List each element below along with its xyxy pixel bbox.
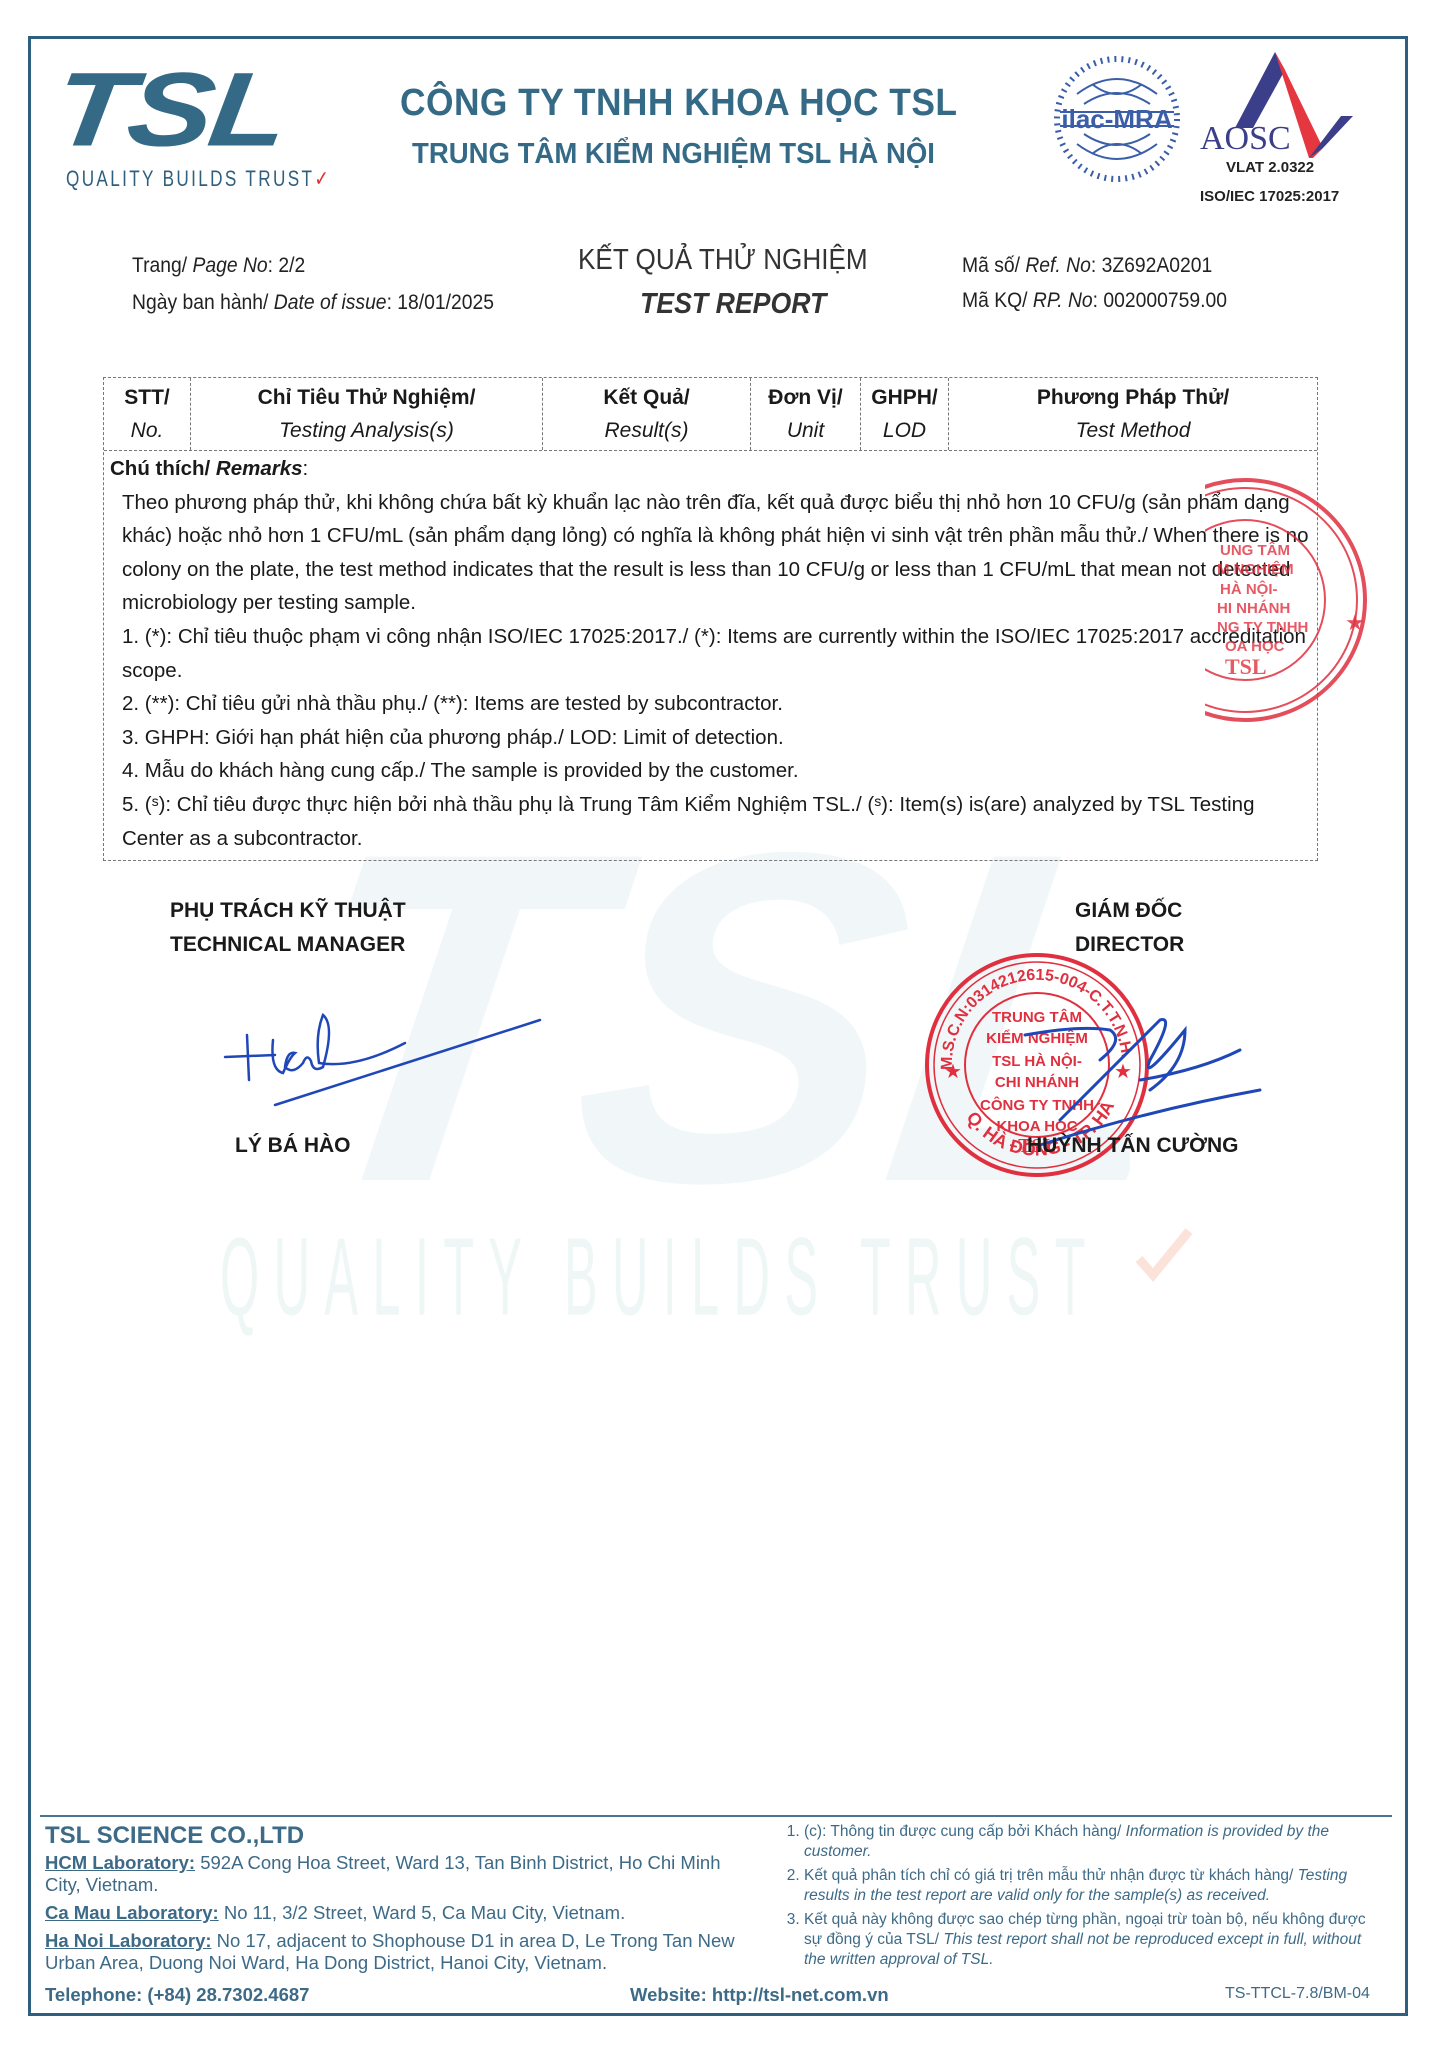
- remark-item: 5. (ˢ): Chỉ tiêu được thực hiện bởi nhà …: [110, 788, 1311, 855]
- right-signatory-name: HUỲNH TẤN CƯỜNG: [1027, 1134, 1239, 1158]
- vlat-code: VLAT 2.0322: [1226, 159, 1314, 176]
- remarks-title: Chú thích/ Remarks:: [110, 452, 1311, 486]
- column-header: Đơn Vị/Unit: [751, 378, 861, 450]
- lab-address: Ca Mau Laboratory: No 11, 3/2 Street, Wa…: [45, 1902, 745, 1924]
- footer-telephone: Telephone: (+84) 28.7302.4687: [45, 1984, 309, 2006]
- svg-text:M NGHIỆM: M NGHIỆM: [1217, 560, 1294, 578]
- lab-address: Ha Noi Laboratory: No 17, adjacent to Sh…: [45, 1930, 745, 1974]
- footer-divider: [40, 1815, 1392, 1817]
- logo-tagline: QUALITY BUILDS TRUST✓: [66, 166, 331, 192]
- rp-number: Mã KQ/ RP. No: 002000759.00: [962, 289, 1227, 313]
- results-table: STT/No. Chỉ Tiêu Thử Nghiệm/Testing Anal…: [103, 377, 1318, 861]
- column-header: Chỉ Tiêu Thử Nghiệm/Testing Analysis(s): [191, 378, 543, 450]
- aosc-label: AOSC: [1200, 120, 1291, 158]
- svg-text:HÀ NỘI-: HÀ NỘI-: [1220, 580, 1278, 598]
- remark-item: 1. (*): Chỉ tiêu thuộc phạm vi công nhận…: [110, 620, 1311, 687]
- footer-contact: TSL SCIENCE CO.,LTD HCM Laboratory: 592A…: [45, 1822, 745, 1980]
- remark-item: Theo phương pháp thử, khi không chứa bất…: [110, 486, 1311, 620]
- left-signatory-name: LÝ BÁ HÀO: [235, 1134, 351, 1158]
- ilac-mra-logo: ilac-MRA: [1052, 54, 1182, 184]
- watermark-tagline: QUALITY BUILDS TRUST: [220, 1215, 1100, 1341]
- svg-text:HI NHÁNH: HI NHÁNH: [1217, 600, 1290, 617]
- column-header: STT/No.: [104, 378, 191, 450]
- remark-item: 2. (**): Chỉ tiêu gửi nhà thầu phụ./ (**…: [110, 687, 1311, 721]
- lab-address: HCM Laboratory: 592A Cong Hoa Street, Wa…: [45, 1852, 745, 1896]
- ref-number: Mã số/ Ref. No: 3Z692A0201: [962, 254, 1212, 278]
- svg-text:NG TY TNHH: NG TY TNHH: [1217, 619, 1308, 636]
- footer-note: (c): Thông tin được cung cấp bởi Khách h…: [804, 1822, 1384, 1862]
- footer-website[interactable]: Website: http://tsl-net.com.vn: [630, 1984, 889, 2006]
- left-signatory-role: PHỤ TRÁCH KỸ THUẬTTECHNICAL MANAGER: [170, 894, 406, 962]
- report-title-vi: KẾT QUẢ THỬ NGHIỆM: [578, 244, 868, 277]
- form-code: TS-TTCL-7.8/BM-04: [1225, 1985, 1370, 2003]
- signature-technical-manager: [215, 995, 555, 1125]
- report-title-en: TEST REPORT: [640, 288, 826, 321]
- date-of-issue: Ngày ban hành/ Date of issue: 18/01/2025: [132, 291, 494, 315]
- iso-standard: ISO/IEC 17025:2017: [1200, 188, 1339, 205]
- company-subtitle: TRUNG TÂM KIỂM NGHIỆM TSL HÀ NỘI: [412, 138, 935, 171]
- seal-stamp-side: ★ UNG TÂM M NGHIỆM HÀ NỘI- HI NHÁNH NG T…: [1205, 470, 1405, 730]
- tsl-logo: TSL: [47, 58, 292, 163]
- company-title: CÔNG TY TNHH KHOA HỌC TSL: [400, 82, 957, 125]
- footer-note: Kết quả phân tích chỉ có giá trị trên mẫ…: [804, 1866, 1384, 1906]
- svg-text:★: ★: [944, 1061, 962, 1083]
- footer-notes: (c): Thông tin được cung cấp bởi Khách h…: [784, 1822, 1384, 1974]
- footer-company: TSL SCIENCE CO.,LTD: [45, 1822, 745, 1850]
- remark-item: 3. GHPH: Giới hạn phát hiện của phương p…: [110, 721, 1311, 755]
- column-header: GHPH/LOD: [861, 378, 949, 450]
- svg-text:★: ★: [1345, 610, 1365, 635]
- remarks: Chú thích/ Remarks: Theo phương pháp thử…: [104, 452, 1317, 855]
- watermark-check-icon: [1135, 1225, 1195, 1285]
- remark-item: 4. Mẫu do khách hàng cung cấp./ The samp…: [110, 754, 1311, 788]
- svg-text:UNG TÂM: UNG TÂM: [1220, 541, 1290, 559]
- column-header: Kết Quả/Result(s): [543, 378, 751, 450]
- check-icon: ✓: [314, 166, 331, 191]
- table-header: STT/No. Chỉ Tiêu Thử Nghiệm/Testing Anal…: [104, 378, 1317, 451]
- svg-text:TSL: TSL: [1225, 654, 1267, 679]
- column-header: Phương Pháp Thử/Test Method: [949, 378, 1317, 450]
- footer-note: Kết quả này không được sao chép từng phầ…: [804, 1910, 1384, 1970]
- svg-text:OA HỌC: OA HỌC: [1225, 638, 1285, 655]
- page-number: Trang/ Page No: 2/2: [132, 254, 305, 278]
- svg-text:ilac-MRA: ilac-MRA: [1061, 104, 1172, 134]
